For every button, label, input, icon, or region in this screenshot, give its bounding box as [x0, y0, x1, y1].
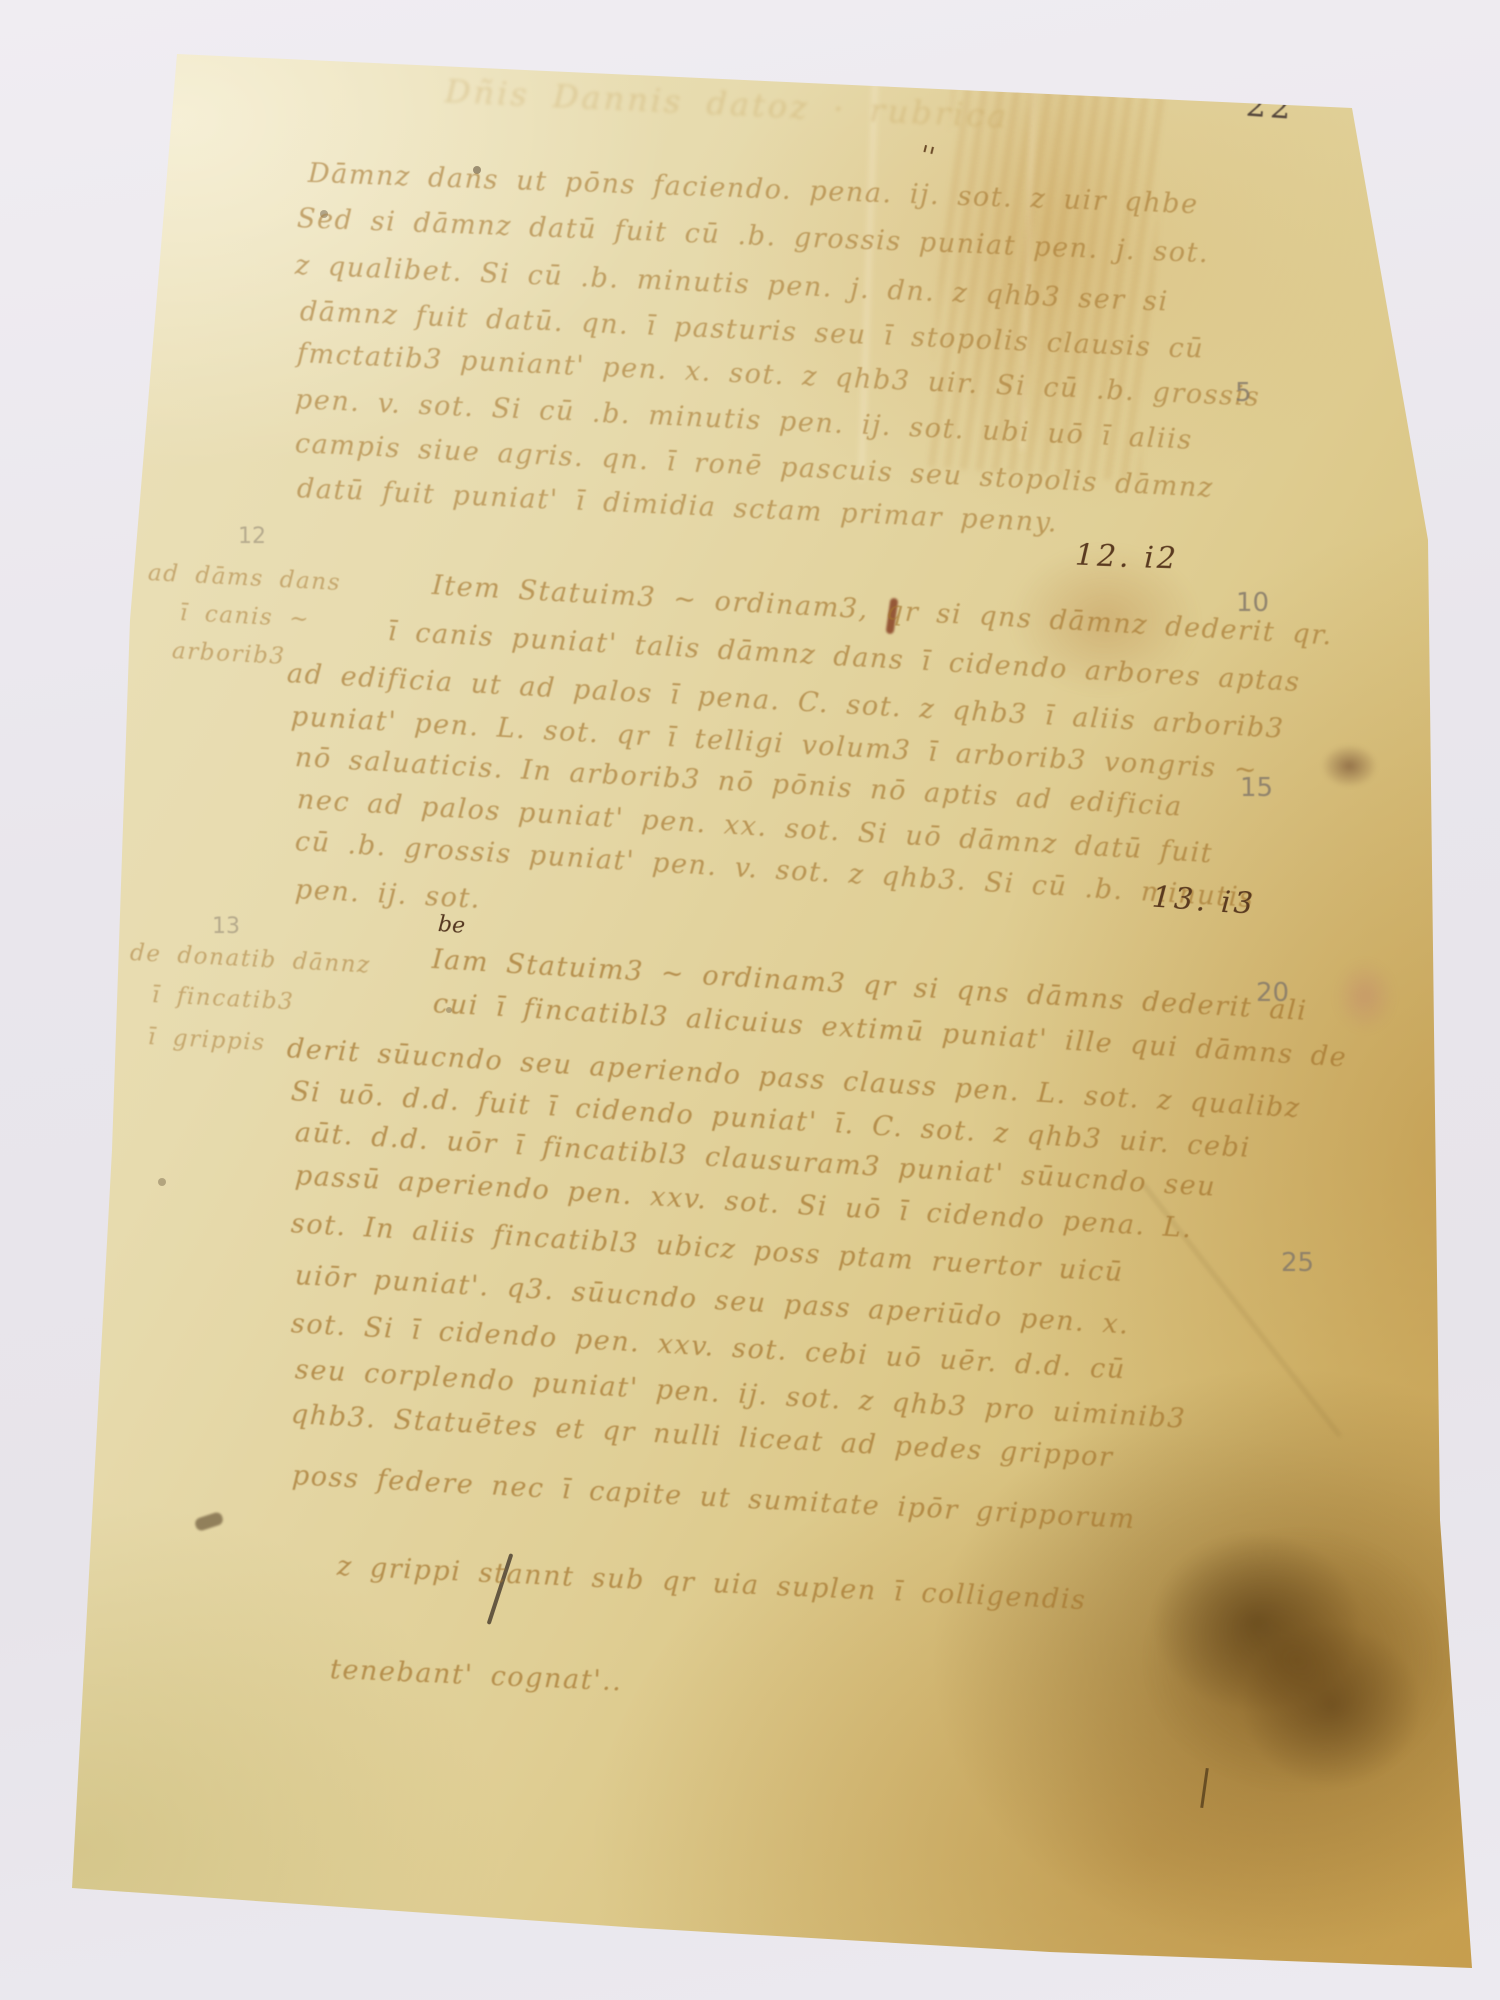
line-number-5: 5 — [1235, 378, 1252, 408]
margin-note-line: de donatib dānnz — [129, 940, 371, 979]
interlinear-correction: be — [437, 912, 466, 939]
stain-crack-bottom — [1200, 1768, 1209, 1808]
stain-specks — [0, 0, 4, 4]
text-line: tenebant' cognat'.. — [329, 1654, 623, 1697]
text-line: z grippi stannt sub qr uia suplen ī coll… — [336, 1551, 1087, 1616]
stain-pink-spot — [1335, 960, 1395, 1032]
chapter-number-13: 13. i3 — [1151, 880, 1257, 922]
margin-note-number-12: 12 — [238, 524, 266, 549]
line-number-15: 15 — [1240, 773, 1273, 803]
folio-number: 22 — [1245, 86, 1296, 127]
line-number-25: 25 — [1281, 1248, 1314, 1278]
faded-heading: Dñis Dannis datoz · rubrica — [444, 72, 1010, 136]
text-line: poss federe nec ī capite ut sumitate ipō… — [291, 1460, 1136, 1535]
ditto-mark: '' — [916, 140, 937, 173]
margin-note-line: arborib3 — [171, 638, 286, 670]
margin-note-number-13: 13 — [212, 914, 240, 939]
chapter-number-12: 12. i2 — [1074, 538, 1179, 577]
line-number-10: 10 — [1236, 588, 1269, 618]
margin-note-line: ī fincatib3 — [151, 982, 295, 1015]
manuscript-photo-page: { "folio": { "page_number": "22", "ditto… — [0, 0, 1500, 2000]
margin-note-line: ad dāms dans — [147, 560, 341, 596]
margin-note-line: ī grippis — [147, 1024, 266, 1056]
stain-large-bottom-right — [1080, 1470, 1500, 1850]
text-line: pen. ij. sot. — [294, 874, 482, 915]
manuscript-parchment: Dñis Dannis datoz · rubrica '' Dāmnz dan… — [0, 0, 1500, 2000]
stain-small-blot-left — [194, 1511, 225, 1532]
margin-note-line: ī canis ~ — [179, 600, 310, 633]
book-photo: Dñis Dannis datoz · rubrica '' Dāmnz dan… — [0, 0, 1500, 2000]
stain-dark-spot-right — [1322, 745, 1377, 787]
line-number-20: 20 — [1256, 978, 1289, 1008]
